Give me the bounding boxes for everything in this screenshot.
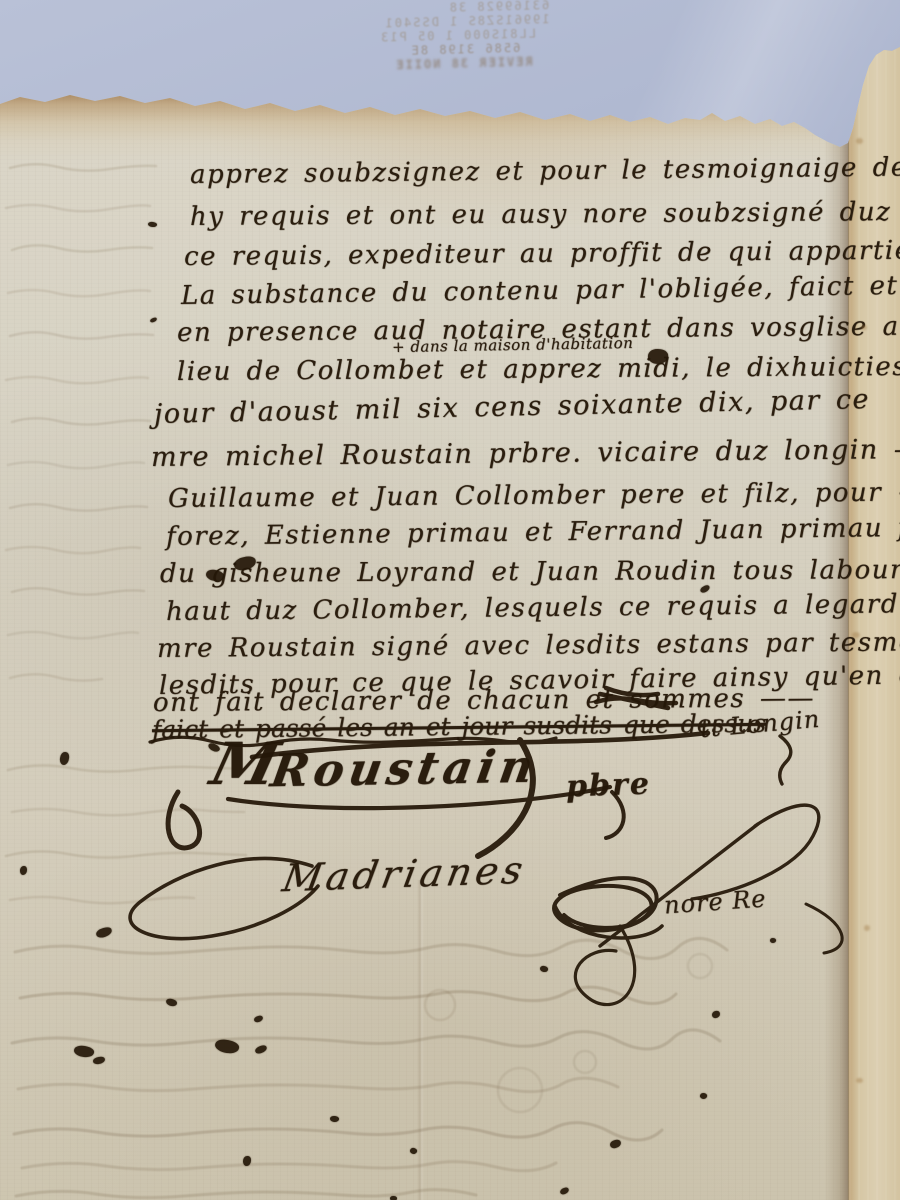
ink-blot — [214, 1037, 240, 1055]
ink-blot — [148, 221, 158, 227]
ink-blot — [390, 1196, 398, 1200]
foxing-spot — [852, 632, 860, 638]
ink-blot — [165, 997, 178, 1007]
ink-blot — [59, 752, 69, 766]
priest-signature-title: pbre — [565, 767, 651, 805]
ink-blot — [609, 1139, 621, 1149]
ink-blot — [253, 1015, 263, 1023]
ink-blot — [559, 1187, 570, 1196]
ink-blot — [699, 1092, 708, 1100]
notary-signature-name: Madrianes — [279, 848, 530, 900]
ink-blot — [95, 926, 113, 939]
notary-signature-title: nore Re — [663, 884, 767, 919]
ink-blot — [539, 965, 549, 974]
foxing-spot — [861, 325, 867, 330]
foxing-spot — [856, 138, 863, 144]
interline-insertion: + dans la maison d'habitation — [392, 334, 634, 356]
ink-blot — [769, 937, 776, 943]
manuscript-photograph: 63169928 3819961SZ8S 1 DSS401LL81S000 1 … — [0, 0, 900, 1200]
bleedthrough-stamp-text: 63169928 3819961SZ8S 1 DSS401LL81S000 1 … — [249, 0, 551, 76]
manuscript-line: forez, Estienne primau et Ferrand Juan p… — [166, 512, 900, 552]
foxing-spot — [856, 1078, 863, 1083]
ink-blot — [20, 866, 27, 875]
manuscript-page: apprez soubzsignez et pour le tesmoignai… — [0, 0, 900, 1200]
vertical-crease — [417, 880, 424, 1200]
ink-blot — [243, 1156, 251, 1166]
priest-signature-name: Roustain — [267, 740, 541, 798]
manuscript-line: mre michel Roustain prbre. vicaire duz l… — [151, 434, 900, 473]
manuscript-line: mre Roustain signé avec lesdits estans p… — [157, 627, 900, 664]
manuscript-line: hy requis et ont eu ausy nore soubzsigné… — [190, 196, 900, 232]
ink-blot — [711, 1010, 720, 1018]
ink-blot — [73, 1044, 95, 1059]
manuscript-line: La substance du contenu par l'obligée, f… — [181, 270, 900, 311]
ink-blot — [93, 1056, 106, 1065]
manuscript-line: jour d'aoust mil six cens soixante dix, … — [154, 384, 871, 430]
manuscript-line: haut duz Collomber, lesquels ce requis a… — [166, 589, 900, 627]
manuscript-line: lieu de Collombet et apprez midi, le dix… — [177, 352, 900, 387]
foxing-spot — [864, 925, 870, 931]
ink-blot — [254, 1044, 268, 1054]
ink-blot — [330, 1115, 340, 1122]
manuscript-line: Guillaume et Juan Collomber pere et filz… — [168, 477, 900, 514]
manuscript-line: du gisheune Loyrand et Juan Roudin tous … — [160, 555, 900, 589]
ink-blot — [150, 317, 158, 323]
manuscript-line: ce requis, expediteur au proffit de qui … — [184, 235, 900, 272]
